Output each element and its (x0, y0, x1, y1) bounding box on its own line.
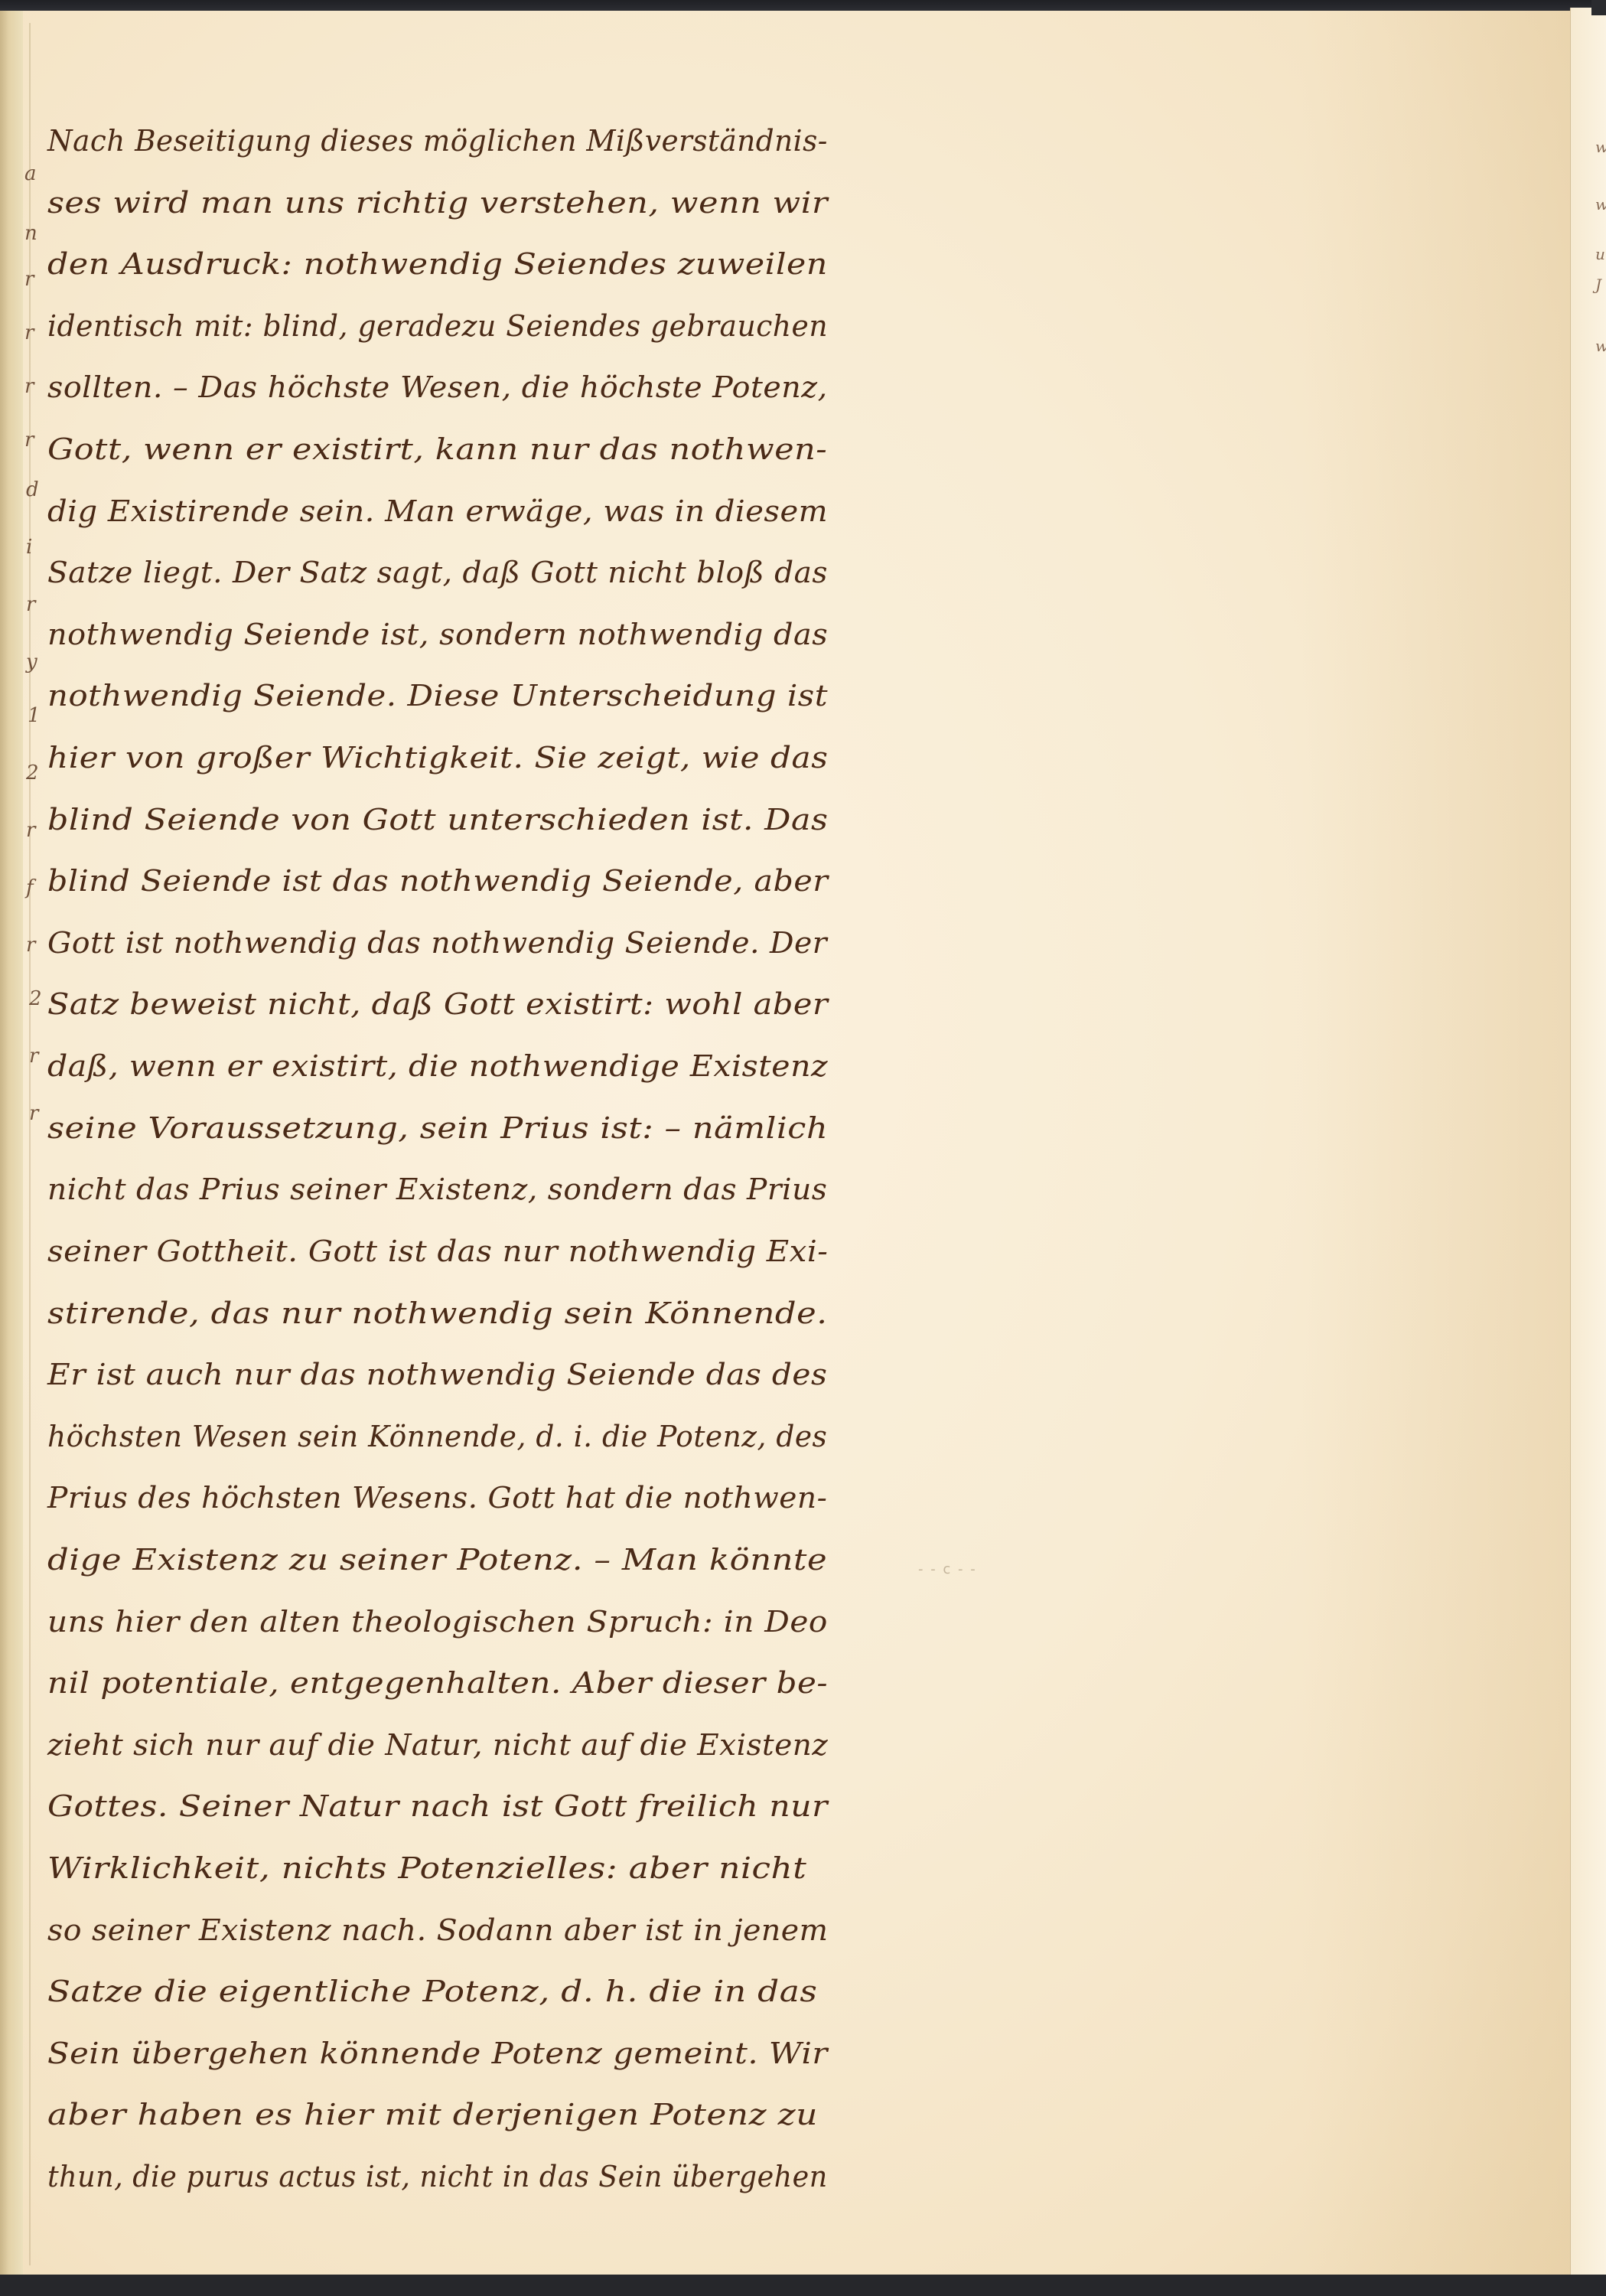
text-line: daß, wenn er existirt, die nothwendige E… (47, 1049, 828, 1083)
text-line: Gottes. Seiner Natur nach ist Gott freil… (47, 1789, 828, 1823)
text-line: zieht sich nur auf die Natur, nicht auf … (47, 1728, 828, 1762)
text-line: Er ist auch nur das nothwendig Seiende d… (47, 1358, 827, 1391)
manuscript-scan: a n r r r r d i r y 1 2 r f r 2 r r - - … (0, 0, 1606, 2296)
margin-mark: 1 (28, 704, 41, 727)
text-line: Sein übergehen könnende Potenz gemeint. … (47, 2037, 828, 2070)
margin-mark: r (29, 1102, 38, 1125)
next-page-mark: w (1595, 138, 1606, 156)
page-shading (1301, 11, 1570, 2276)
text-line: nothwendig Seiende. Diese Unterscheidung… (47, 679, 828, 713)
text-line: seine Voraussetzung, sein Prius ist: – n… (47, 1111, 828, 1145)
margin-mark: 2 (29, 987, 42, 1010)
manuscript-text: Nach Beseitigung dieses möglichen Mißver… (47, 0, 851, 2296)
text-line: nil potentiale, entgegenhalten. Aber die… (47, 1666, 828, 1700)
margin-mark: r (26, 593, 35, 616)
gutter-crease (29, 23, 31, 2265)
text-line: dig Existirende sein. Man erwäge, was in… (47, 494, 828, 528)
margin-mark: r (29, 1045, 38, 1068)
text-line: hier von großer Wichtigkeit. Sie zeigt, … (47, 741, 828, 775)
text-line: höchsten Wesen sein Könnende, d. i. die … (47, 1420, 827, 1453)
text-line: Nach Beseitigung dieses möglichen Mißver… (47, 124, 828, 158)
margin-mark: r (26, 819, 35, 842)
text-line: blind Seiende von Gott unterschieden ist… (47, 803, 829, 837)
text-line: Satze die eigentliche Potenz, d. h. die … (47, 1975, 817, 2008)
text-line: thun, die purus actus ist, nicht in das … (47, 2160, 828, 2193)
text-line: Satz beweist nicht, daß Gott existirt: w… (47, 987, 828, 1021)
text-line: identisch mit: blind, geradezu Seiendes … (47, 309, 828, 343)
text-line: Wirklichkeit, nichts Potenzielles: aber … (47, 1851, 806, 1885)
margin-mark: 2 (26, 762, 39, 784)
margin-mark: i (26, 536, 32, 559)
next-page-mark: J (1595, 276, 1601, 294)
margin-mark: r (24, 268, 34, 291)
text-line: stirende, das nur nothwendig sein Können… (47, 1296, 828, 1330)
pencil-mark: - - c - - (918, 1561, 977, 1577)
text-line: Gott, wenn er existirt, kann nur das not… (47, 432, 827, 466)
text-line: Satze liegt. Der Satz sagt, daß Gott nic… (47, 556, 828, 589)
text-line: seiner Gottheit. Gott ist das nur nothwe… (47, 1234, 828, 1268)
text-line: blind Seiende ist das nothwendig Seiende… (47, 864, 829, 898)
margin-mark: d (26, 478, 39, 501)
margin-mark: f (26, 876, 34, 899)
text-line: sollten. – Das höchste Wesen, die höchst… (47, 370, 828, 404)
margin-mark: y (26, 651, 37, 673)
text-line: aber haben es hier mit derjenigen Potenz… (47, 2098, 818, 2131)
margin-mark: r (24, 375, 34, 398)
margin-mark: r (24, 321, 34, 344)
text-line: nothwendig Seiende ist, sondern nothwend… (47, 618, 828, 651)
margin-mark: r (24, 429, 34, 452)
text-line: nicht das Prius seiner Existenz, sondern… (47, 1172, 827, 1206)
text-line: dige Existenz zu seiner Potenz. – Man kö… (47, 1543, 827, 1577)
text-line: so seiner Existenz nach. Sodann aber ist… (47, 1913, 829, 1947)
text-line: uns hier den alten theologischen Spruch:… (47, 1605, 828, 1639)
margin-mark: n (24, 222, 37, 245)
next-page-mark: w (1595, 337, 1606, 355)
text-line: Prius des höchsten Wesens. Gott hat die … (47, 1481, 827, 1515)
margin-mark: a (24, 162, 37, 185)
next-page-mark: w (1595, 195, 1606, 214)
margin-mark: r (26, 934, 35, 957)
book-spine-edge (0, 11, 23, 2276)
text-line: den Ausdruck: nothwendig Seiendes zuweil… (47, 247, 828, 281)
text-line: ses wird man uns richtig verstehen, wenn… (47, 186, 828, 220)
scanner-background-corner (1591, 0, 1606, 15)
next-page-mark: u (1595, 245, 1605, 263)
text-line: Gott ist nothwendig das nothwendig Seien… (47, 926, 827, 960)
